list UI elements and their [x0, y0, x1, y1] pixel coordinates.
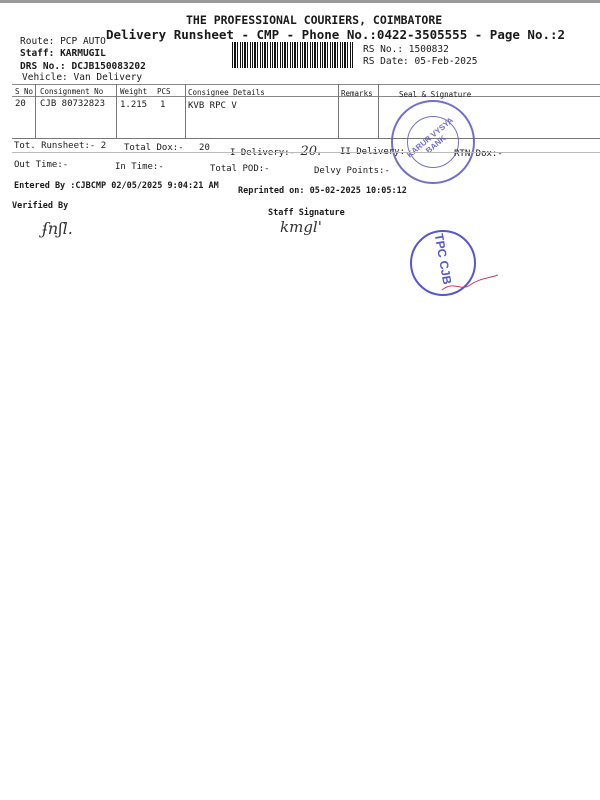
col-header-remarks: Remarks — [341, 89, 373, 98]
drs-value: DCJB150083202 — [72, 61, 146, 72]
verified-signature: ʄnʃl. — [42, 219, 73, 238]
in-time-label: In Time:- — [115, 162, 164, 172]
vehicle-value: Van Delivery — [74, 72, 143, 83]
scan-edge — [0, 0, 600, 3]
rtn-dox-label: RTN Dox:- — [454, 149, 503, 159]
col-header-weight: Weight — [120, 87, 147, 96]
drs-line: DRS No.: DCJB150083202 — [20, 61, 146, 72]
total-pod-label: Total POD:- — [210, 164, 270, 174]
col-divider — [116, 84, 117, 138]
delvy-points-label: Delvy Points:- — [314, 166, 390, 176]
route-label: Route: — [20, 36, 54, 47]
table-top-border — [12, 84, 600, 85]
out-time-label: Out Time:- — [14, 160, 68, 170]
cell-weight: 1.215 — [120, 100, 147, 110]
reprinted-on: Reprinted on: 05-02-2025 10:05:12 — [238, 186, 407, 196]
rs-date-value: 05-Feb-2025 — [415, 56, 478, 67]
cell-consignee: KVB RPC V — [188, 101, 237, 111]
col-divider — [338, 84, 339, 138]
table-bottom-border — [12, 138, 600, 139]
staff-signature-label: Staff Signature — [268, 208, 345, 218]
col-header-consignee: Consignee Details — [188, 88, 265, 97]
rs-date-line: RS Date: 05-Feb-2025 — [363, 56, 477, 67]
bank-seal-stamp: KARUR VYSYA BANK — [391, 100, 475, 184]
col-divider — [35, 84, 36, 138]
cell-pcs: 1 — [160, 100, 165, 110]
tot-runsheet-label: Tot. Runsheet:- — [14, 141, 95, 151]
col-header-seal: Seal & Signature — [399, 90, 471, 99]
staff-signature: kmgl' — [280, 218, 322, 236]
staff-label: Staff: — [20, 48, 54, 59]
col-header-pcs: PCS — [157, 87, 171, 96]
i-delivery-label: I Delivery:- — [230, 148, 295, 158]
summary-divider — [12, 152, 600, 153]
tot-runsheet-value: 2 — [101, 141, 106, 151]
vehicle-label: Vehicle: — [22, 72, 68, 83]
company-title: THE PROFESSIONAL COURIERS, COIMBATORE — [186, 13, 442, 27]
tot-runsheet: Tot. Runsheet:- 2 — [14, 141, 106, 151]
barcode — [232, 42, 354, 68]
runsheet-subtitle: Delivery Runsheet - CMP - Phone No.:0422… — [106, 27, 565, 42]
staff-line: Staff: KARMUGIL — [20, 48, 106, 59]
drs-label: DRS No.: — [20, 61, 66, 72]
col-divider — [378, 84, 379, 138]
verified-by-label: Verified By — [12, 201, 68, 211]
table-header-border — [12, 96, 600, 97]
col-header-consignment: Consignment No — [40, 87, 103, 96]
rs-no-value: 1500832 — [409, 44, 449, 55]
cell-sno: 20 — [15, 99, 26, 109]
vehicle-line: Vehicle: Van Delivery — [22, 72, 142, 83]
col-divider — [185, 84, 186, 138]
cell-consignment-no: CJB 80732823 — [40, 99, 105, 109]
entered-by: Entered By :CJBCMP 02/05/2025 9:04:21 AM — [14, 181, 219, 191]
staff-value: KARMUGIL — [60, 48, 106, 59]
stamp-pen-stroke — [440, 270, 500, 295]
rs-no-line: RS No.: 1500832 — [363, 44, 449, 55]
rs-no-label: RS No.: — [363, 44, 403, 55]
rs-date-label: RS Date: — [363, 56, 409, 67]
col-header-sno: S No — [15, 87, 33, 96]
route-value: PCP AUTO — [60, 36, 106, 47]
route-line: Route: PCP AUTO — [20, 36, 106, 47]
